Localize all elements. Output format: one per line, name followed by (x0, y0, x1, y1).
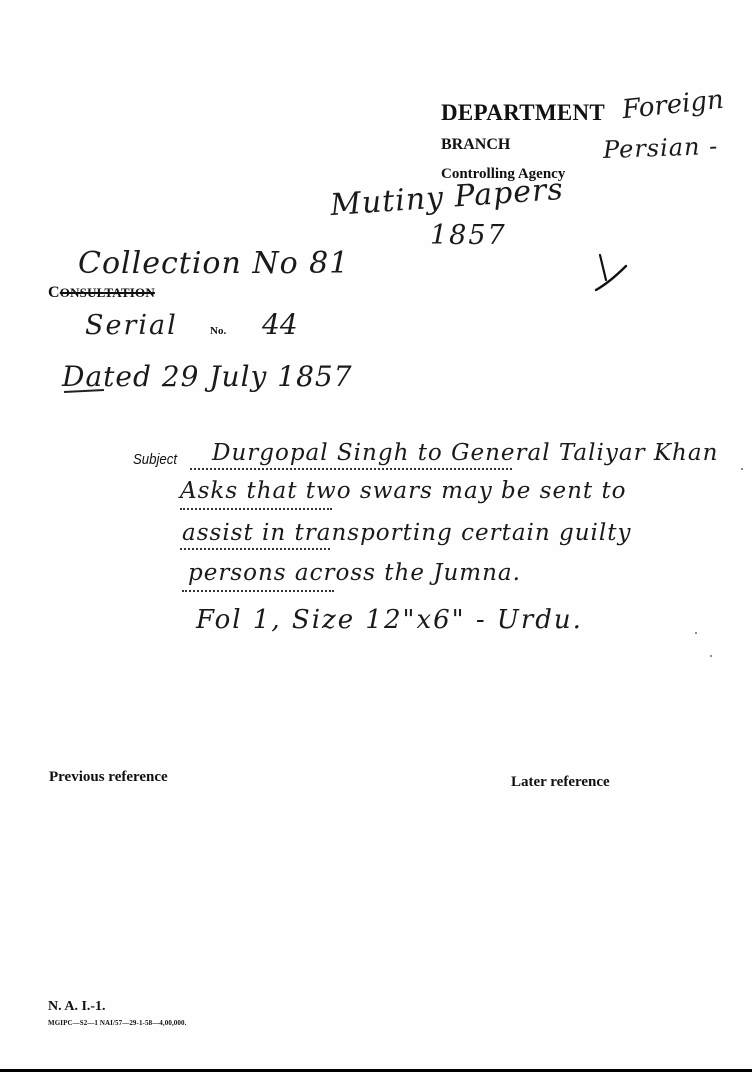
subject-line-1: Durgopal Singh to General Taliyar Khan (212, 440, 718, 466)
later-reference-label: Later reference (511, 774, 610, 791)
subject-line-2: Asks that two swars may be sent to (180, 478, 627, 504)
serial-no-label: No. (210, 325, 226, 337)
subject-line-4: persons across the Jumna. (188, 560, 521, 586)
department-value: Foreign (621, 85, 725, 125)
serial-number: 44 (262, 308, 298, 341)
subject-dotted-line (182, 590, 334, 592)
branch-value: Persian - (603, 132, 719, 164)
document-page: DEPARTMENT Foreign BRANCH Persian - Cont… (0, 0, 752, 1072)
tick-mark-icon (592, 250, 632, 295)
subject-dotted-line (190, 468, 512, 470)
department-label: DEPARTMENT (441, 100, 605, 126)
dated-value: Dated 29 July 1857 (62, 360, 353, 393)
consultation-struck-text: ONSULTATION (60, 285, 155, 300)
subject-label: Subject (133, 451, 177, 468)
year-value: 1857 (430, 220, 507, 251)
branch-label: BRANCH (441, 136, 510, 154)
collection-number: Collection No 81 (78, 246, 349, 281)
subject-dotted-line (180, 548, 330, 550)
subject-line-3: assist in transporting certain guilty (182, 520, 632, 546)
subject-dotted-line (180, 508, 332, 510)
subject-line-5: Fol 1, Size 12"x6" - Urdu. (196, 605, 583, 635)
controlling-agency-value: Mutiny Papers (329, 172, 565, 223)
printer-line: MGIPC—S2—1 NAI/57—29-1-58—4,00,000. (48, 1019, 186, 1027)
scan-speck (695, 632, 697, 634)
serial-prefix: Serial (85, 310, 178, 341)
scan-speck (741, 468, 743, 470)
form-code: N. A. I.-1. (48, 999, 106, 1015)
previous-reference-label: Previous reference (49, 769, 168, 786)
consultation-label: CONSULTATION (48, 284, 155, 302)
consultation-first-letter: C (48, 284, 60, 301)
scan-speck (710, 655, 712, 657)
